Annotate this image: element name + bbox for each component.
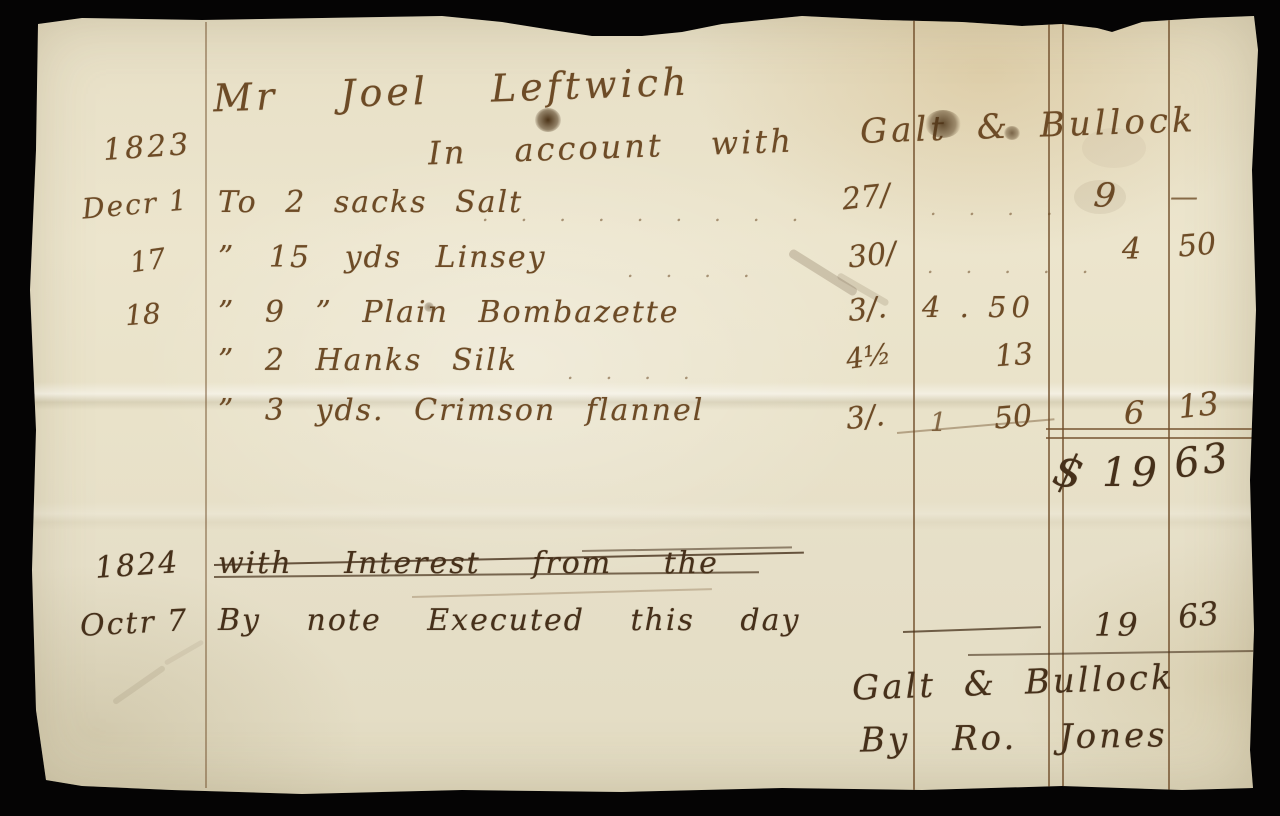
entry-date: 17 bbox=[128, 242, 168, 280]
firm-signature: Galt & Bullock bbox=[851, 657, 1175, 708]
total-rule-top bbox=[1046, 428, 1256, 430]
ledger-paper: 1823 Mr Joel Leftwich In account with Ga… bbox=[22, 10, 1258, 796]
entry-desc: ” 15 yds Linsey bbox=[218, 240, 547, 275]
dot-leader: . . . . . bbox=[927, 254, 1101, 278]
entry-desc: To 2 sacks Salt bbox=[218, 185, 523, 220]
merchant-name: Galt & Bullock bbox=[859, 100, 1197, 152]
entry-cents: 50 bbox=[1177, 226, 1218, 264]
column-rule-date bbox=[205, 22, 207, 788]
entry-amount-mid-one: 1 bbox=[930, 408, 947, 438]
fold-crease-faint bbox=[22, 502, 1258, 530]
smudge bbox=[164, 639, 205, 665]
smudge bbox=[112, 665, 166, 705]
stray-stroke bbox=[412, 588, 712, 597]
entry-date: 18 bbox=[124, 297, 162, 332]
ledger-year: 1823 bbox=[102, 127, 193, 168]
ink-blot bbox=[424, 302, 434, 312]
entry-desc: ” 2 Hanks Silk bbox=[218, 343, 518, 378]
entry-price: 3/. bbox=[844, 398, 886, 437]
entry-desc: ” 9 ” Plain Bombazette bbox=[218, 295, 680, 330]
smudge bbox=[1082, 128, 1146, 168]
entry-price: 27/ bbox=[840, 178, 892, 218]
total-currency: $ bbox=[1048, 441, 1089, 500]
settlement-dollars: 19 bbox=[1094, 606, 1141, 644]
entry-dollars: 4 bbox=[1122, 232, 1141, 267]
dot-leader: . . . . bbox=[930, 196, 1066, 220]
ink-blot bbox=[1004, 126, 1020, 140]
note-dash bbox=[903, 626, 1041, 632]
entry-amount-mid-cents: 50 bbox=[993, 398, 1034, 436]
entry-date: Decr 1 bbox=[81, 183, 190, 225]
settlement-underline bbox=[968, 650, 1260, 656]
customer-name: Mr Joel Leftwich bbox=[212, 60, 691, 121]
smudge bbox=[1074, 180, 1126, 214]
ink-blot bbox=[535, 108, 561, 132]
entry-dollars: 6 bbox=[1124, 394, 1144, 432]
entry-cents: 13 bbox=[1176, 384, 1220, 426]
settlement-date: Octr 7 bbox=[79, 603, 189, 644]
signed-by: By Ro. Jones bbox=[860, 715, 1168, 760]
settlement-cents: 63 bbox=[1176, 594, 1220, 636]
dot-leader: . . . . . . . . . bbox=[482, 202, 811, 226]
entry-price: 30/ bbox=[846, 236, 898, 276]
total-cents: 63 bbox=[1171, 434, 1234, 487]
entry-price: 4½ bbox=[844, 337, 893, 376]
total-dollars: 19 bbox=[1102, 450, 1161, 496]
entry-amount-mid: 4 . 50 bbox=[922, 290, 1035, 324]
dot-leader: . . . . bbox=[567, 360, 703, 384]
settlement-year: 1824 bbox=[94, 545, 181, 586]
ink-blot bbox=[925, 110, 961, 138]
account-with-label: In account with bbox=[427, 122, 794, 173]
note-text: By note Executed this day bbox=[218, 603, 800, 638]
entry-desc: ” 3 yds. Crimson flannel bbox=[218, 393, 704, 428]
entry-amount-mid: 13 bbox=[994, 337, 1035, 375]
entry-cents: — bbox=[1170, 180, 1198, 213]
dot-leader: . . . . bbox=[627, 258, 763, 282]
